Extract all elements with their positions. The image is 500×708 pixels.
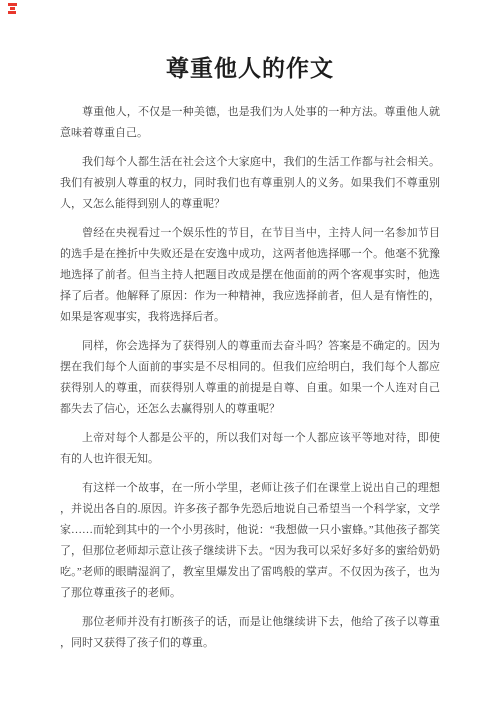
- essay-paragraph-7: 那位老师并没有打断孩子的话，而是让他继续讲下去，他给了孩子以尊重，同时又获得了孩…: [60, 612, 440, 654]
- essay-paragraph-2: 我们每个人都生活在社会这个大家庭中，我们的生活工作都与社会相关。我们有被别人尊重…: [60, 152, 440, 215]
- essay-paragraph-4: 同样，你会选择为了获得别人的尊重而去奋斗吗？答案是不确定的。因为摆在我们每个人面…: [60, 336, 440, 420]
- document-page: 尊重他人的作文 尊重他人，不仅是一种美德，也是我们为人处事的一种方法。尊重他人就…: [0, 0, 500, 708]
- red-corner-mark-icon: [8, 2, 17, 14]
- essay-paragraph-5: 上帝对每个人都是公平的，所以我们对每一个人都应该平等地对待，即使有的人也许很无知…: [60, 428, 440, 470]
- essay-paragraph-3: 曾经在央视看过一个娱乐性的节目，在节目当中，主持人问一名参加节目的选手是在挫折中…: [60, 223, 440, 328]
- essay-paragraph-1: 尊重他人，不仅是一种美德，也是我们为人处事的一种方法。尊重他人就意味着尊重自己。: [60, 102, 440, 144]
- essay-paragraph-6: 有这样一个故事，在一所小学里，老师让孩子们在课堂上说出自己的理想，并说出各自的.…: [60, 478, 440, 604]
- page-title: 尊重他人的作文: [60, 54, 440, 84]
